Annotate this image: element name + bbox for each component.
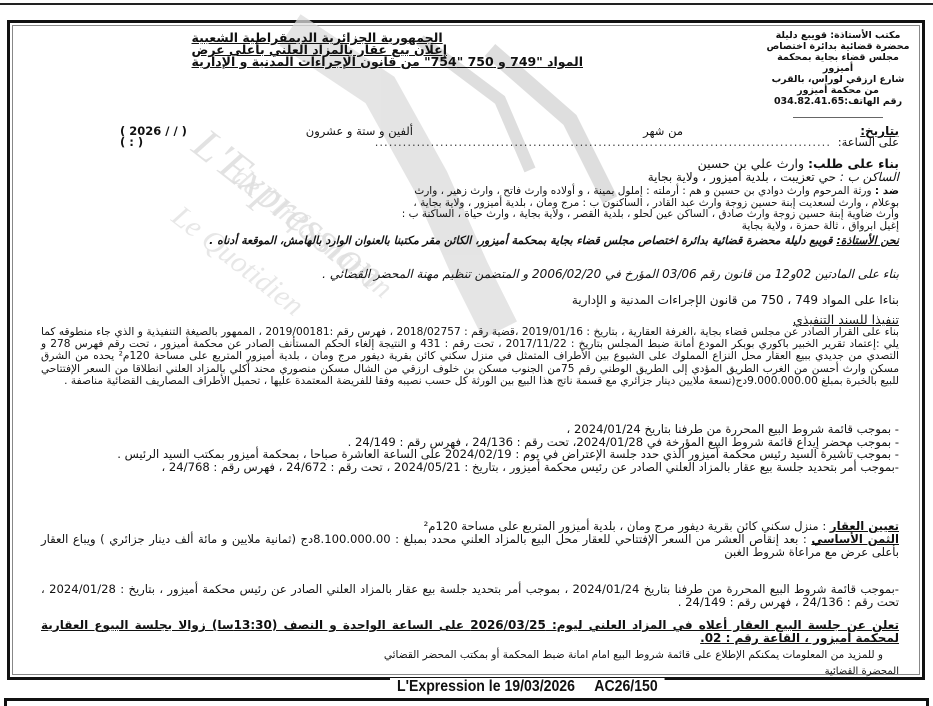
address-phone: رقم الهاتف:034.82.41.65 (763, 96, 913, 107)
next-notice-frame (4, 698, 929, 706)
address-line: محضرة قضائية بدائرة اختصاص (763, 41, 913, 52)
bailiff-text: قويبع دليلة محضرة قضائية بدائرة اختصاص م… (209, 234, 832, 247)
hour-label: على الساعة: (838, 136, 899, 149)
address-line: مجلس قضاء بجاية بمحكمة (763, 52, 913, 63)
execution-body: بناء على القرار الصادر عن مجلس قضاء بجاي… (41, 326, 899, 387)
address-line: مكتب الأستاذة: قويبع دليلة (763, 30, 913, 41)
procedure-item: - بموجب قائمة شروط البيع المحررة من طرفن… (41, 423, 899, 436)
requester-name: وارث علي بن حسين (698, 156, 804, 171)
sale-reference: -بموجب قائمة شروط البيع المحررة من طرفنا… (41, 583, 899, 608)
bailiff-statement: نحن الأستاذة: قويبع دليلة محضرة قضائية ب… (41, 234, 899, 247)
residence-value: حي تعزيبت ، بلدية أميزور ، ولاية بجاية (648, 170, 836, 184)
bailiff-office-address: مكتب الأستاذة: قويبع دليلة محضرة قضائية … (763, 30, 913, 118)
defendants: ضد : ورثة المرحوم وارث دوادي بن حسين و ه… (41, 186, 899, 232)
requester-label: بناء على طلب: (808, 156, 899, 171)
publication-footer: L'Expression le 19/03/2026AC26/150 (390, 678, 665, 696)
closing-note: و للمزيد من المعلومات يمكنكم الإطلاع على… (384, 649, 883, 662)
requester-residence: الساكن ب : حي تعزيبت ، بلدية أميزور ، ول… (648, 171, 899, 184)
against-label: ضد : (875, 185, 899, 197)
property-description: تعيين العقار : منزل سكني كائن بقرية ديفو… (41, 520, 899, 533)
procedure-item: - بموجب تأشيرة السيد رئيس محكمة أميزور ا… (41, 448, 899, 461)
execution-title: تنفيذا للسند التنفيذي (793, 313, 899, 326)
residence-label: الساكن ب : (840, 170, 899, 184)
legal-basis-law: بناء على المادتين 02و12 من قانون رقم 03/… (41, 267, 899, 281)
bailiff-label: نحن الأستاذة: (836, 234, 899, 247)
address-line: من محكمة أميزور (763, 85, 913, 96)
legal-basis-articles: بناءا على المواد 749 ، 750 من قانون الإج… (572, 294, 899, 307)
header-articles: المواد "749 و 750 "754" من قانون الإجراء… (192, 56, 583, 68)
base-price-text: : بعد إنقاص العشر من السعر الإفتتاحي للع… (41, 532, 899, 559)
defendants-line: ورثة المرحوم وارث دوادي بن حسين و هم : أ… (414, 185, 871, 197)
notice-content: مكتب الأستاذة: قويبع دليلة محضرة قضائية … (20, 26, 913, 666)
property-label: تعيين العقار (830, 519, 899, 533)
auction-announcement: تعلن عن جلسة البيع العقار أعلاه في المزا… (41, 619, 899, 645)
address-line: أميزور (763, 63, 913, 74)
page-top-rule (0, 3, 933, 5)
notice-header: الجمهورية الجزائرية الديمقراطية الشعبية … (192, 32, 583, 68)
defendants-line: إغيل ابرواق ، ثالة حمزة ، ولاية بجاية (41, 221, 899, 233)
property-text: : منزل سكني كائن بقرية ديفور مرج ومان ، … (424, 519, 827, 533)
publication-date: L'Expression le 19/03/2026 (397, 678, 575, 695)
hour-dots: ........................................… (375, 136, 831, 149)
requester: بناء على طلب: وارث علي بن حسين (698, 157, 899, 170)
address-divider (793, 117, 883, 118)
base-price: الثمن الأساسي : بعد إنقاص العشر من السعر… (41, 533, 899, 558)
hour-slots: ( : ) (120, 136, 143, 149)
procedure-list: - بموجب قائمة شروط البيع المحررة من طرفن… (41, 423, 899, 473)
ad-code: AC26/150 (594, 678, 657, 695)
procedure-item: -بموجب أمر بتحديد جلسة بيع عقار بالمزاد … (41, 461, 899, 474)
signature: المحضرة القضائية (825, 665, 899, 678)
address-line: شارع ارزقي لوراس، بالقرب (763, 74, 913, 85)
